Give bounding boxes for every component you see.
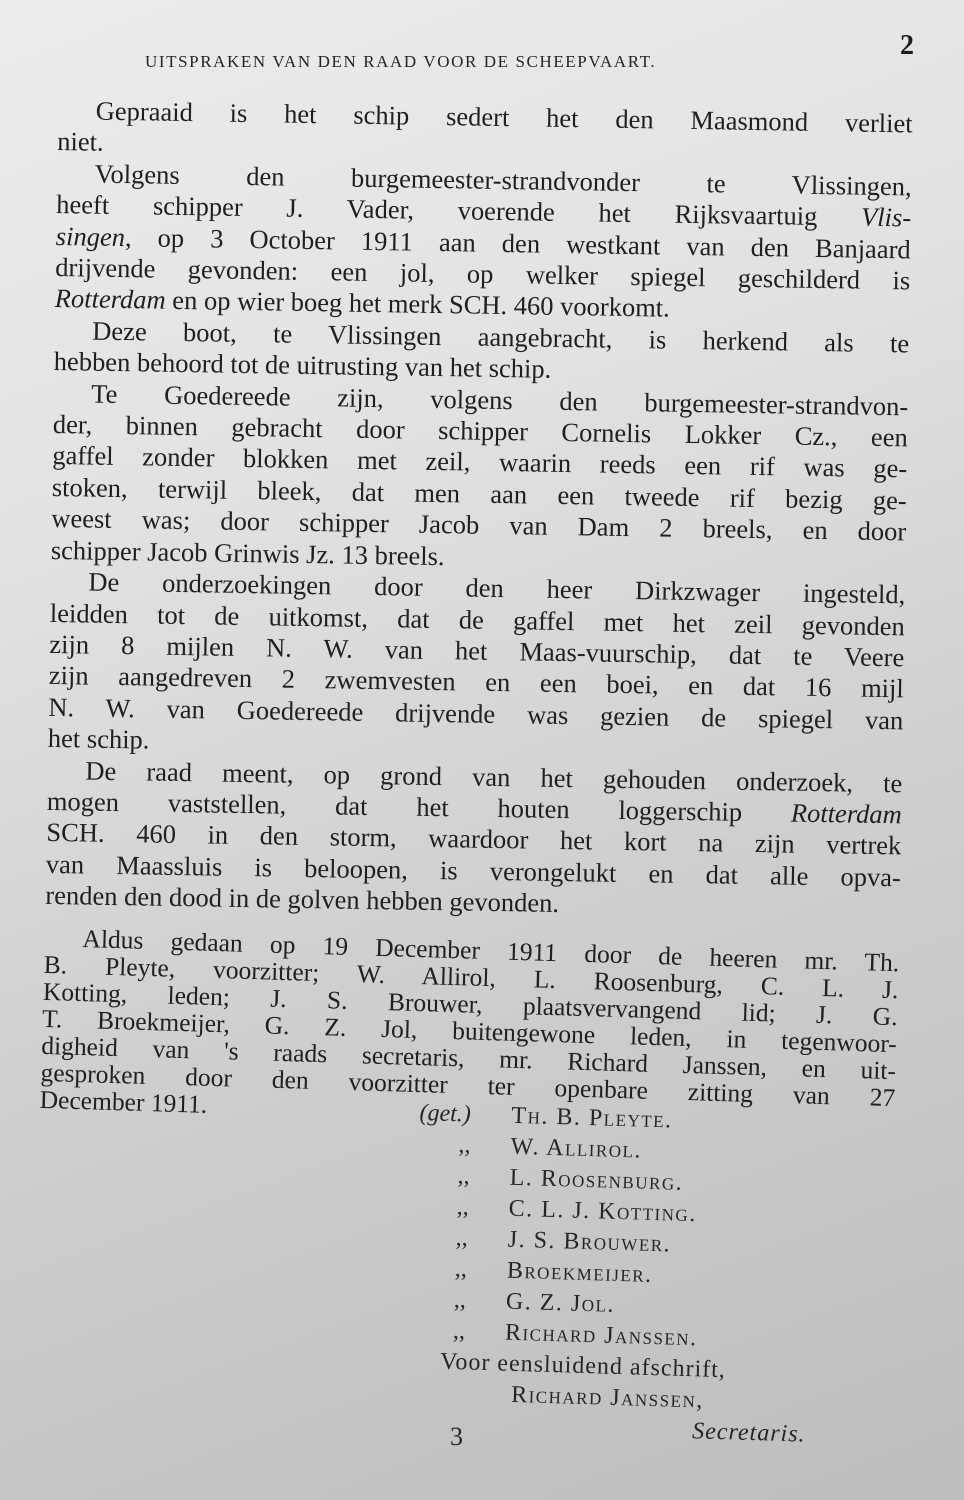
ship-name-italic: Rotterdam — [791, 798, 902, 830]
page-number-bottom: 3 — [450, 1422, 463, 1452]
signatory-name: Broekmeijer. — [506, 1256, 653, 1291]
document-page: UITSPRAKEN VAN DEN RAAD VOOR DE SCHEEPVA… — [0, 0, 964, 1500]
ditto-mark: ,, — [415, 1222, 508, 1256]
ditto-mark: ,, — [413, 1315, 506, 1349]
ditto-mark: ,, — [416, 1191, 509, 1225]
ditto-mark: ,, — [414, 1253, 507, 1287]
ship-name-italic: Rotterdam — [55, 283, 166, 315]
page-number-top: 2 — [900, 30, 914, 62]
paragraph-goedereede: Te Goedereede zijn, volgens den burgemee… — [51, 378, 909, 580]
signatory-name: L. Roosenburg. — [509, 1163, 683, 1199]
ship-name-italic: singen — [56, 221, 126, 252]
body-text: Gepraaid is het schip sedert het den Maa… — [42, 95, 913, 1126]
signature-block: (get.) Th. B. Pleyte. ,, W. Allirol. ,, … — [410, 1098, 880, 1452]
ship-name-italic: Vlis- — [861, 202, 912, 233]
paragraph-raad-meent: De raad meent, op grond van het gehouden… — [45, 754, 902, 924]
signed-mark: (get.) — [419, 1098, 512, 1132]
ditto-mark: ,, — [417, 1160, 510, 1194]
ditto-mark: ,, — [418, 1129, 511, 1163]
signatory-name: G. Z. Jol. — [506, 1287, 616, 1321]
signatory-name: Th. B. Pleyte. — [511, 1101, 673, 1137]
paragraph-volgens: Volgens den burgemeester-strandvonder te… — [55, 158, 912, 328]
paragraph-onderzoekingen: De onderzoekingen door den heer Dirkzwag… — [48, 566, 906, 768]
signatory-name: J. S. Brouwer. — [507, 1225, 671, 1261]
running-title: UITSPRAKEN VAN DEN RAAD VOOR DE SCHEEPVA… — [145, 52, 656, 72]
ditto-mark: ,, — [414, 1284, 507, 1318]
signatory-name: W. Allirol. — [510, 1132, 642, 1167]
